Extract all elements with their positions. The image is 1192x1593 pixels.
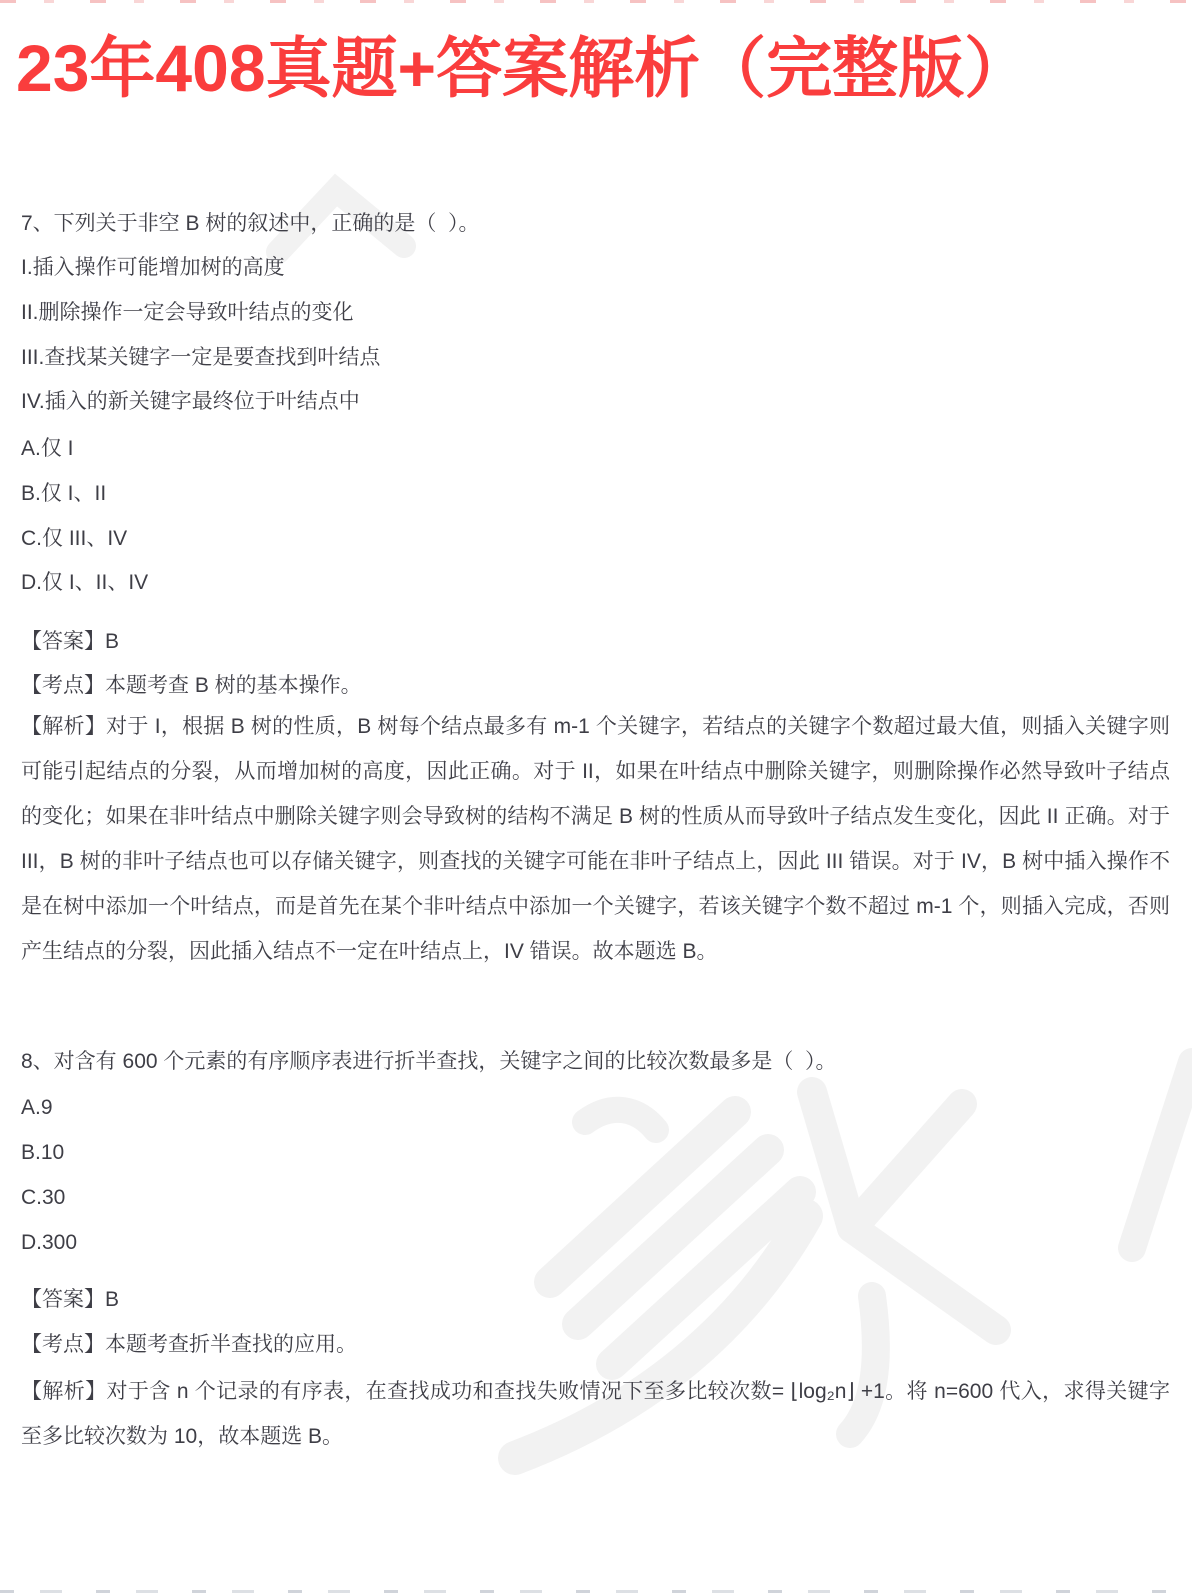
question-8-topic-line: 【考点】本题考查折半查找的应用。 xyxy=(21,1333,357,1357)
question-7-statement-1: I.插入操作可能增加树的高度 xyxy=(21,256,285,280)
question-7-option-b: B.仅 I、II xyxy=(21,482,106,506)
page-title: 23年408真题+答案解析（完整版） xyxy=(16,22,1176,114)
question-8-option-b: B.10 xyxy=(21,1141,64,1165)
question-8-answer-line: 【答案】B xyxy=(21,1288,119,1312)
question-7-statement-4: IV.插入的新关键字最终位于叶结点中 xyxy=(21,390,360,414)
question-7-statement-2: II.删除操作一定会导致叶结点的变化 xyxy=(21,301,354,325)
question-7-option-a: A.仅 I xyxy=(21,437,74,461)
question-7-analysis: 【解析】对于 I，根据 B 树的性质，B 树每个结点最多有 m-1 个关键字，若… xyxy=(21,704,1170,974)
question-8-analysis: 【解析】对于含 n 个记录的有序表，在查找成功和查找失败情况下至多比较次数= ⌊… xyxy=(21,1369,1170,1459)
question-8-stem: 8、对含有 600 个元素的有序顺序表进行折半查找，关键字之间的比较次数最多是（… xyxy=(21,1050,837,1074)
question-7-stem: 7、下列关于非空 B 树的叙述中，正确的是（ ）。 xyxy=(21,212,480,236)
question-8-option-d: D.300 xyxy=(21,1231,77,1255)
top-cutoff-row xyxy=(0,0,1192,3)
question-7-statement-3: III.查找某关键字一定是要查找到叶结点 xyxy=(21,346,380,370)
question-7-topic-line: 【考点】本题考查 B 树的基本操作。 xyxy=(21,674,362,698)
question-7-option-c: C.仅 III、IV xyxy=(21,527,127,551)
question-7-option-d: D.仅 I、II、IV xyxy=(21,571,148,595)
question-7-answer-line: 【答案】B xyxy=(21,630,119,654)
question-8-option-a: A.9 xyxy=(21,1096,53,1120)
question-8-option-c: C.30 xyxy=(21,1186,65,1210)
exam-answer-page: 23年408真题+答案解析（完整版） 7、下列关于非空 B 树的叙述中，正确的是… xyxy=(0,0,1192,1593)
